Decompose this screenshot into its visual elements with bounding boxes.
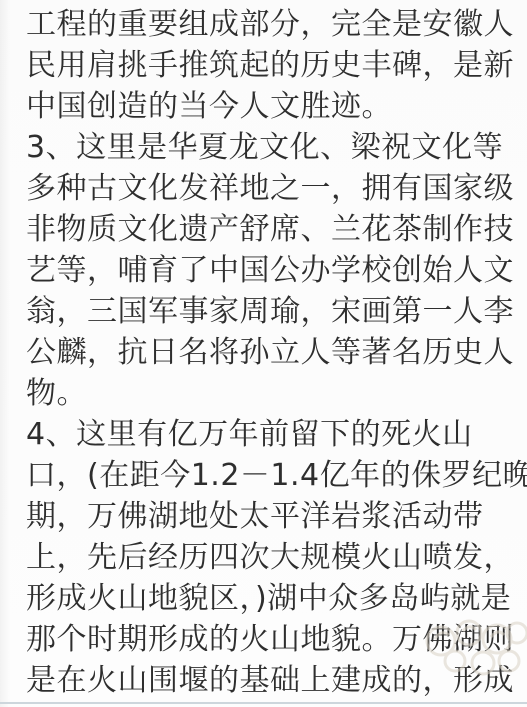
document-page: 工程的重要组成部分，完全是安徽人 民用肩挑手推筑起的历史丰碑，是新 中国创造的当… (0, 0, 527, 707)
text-line: 是在火山围堰的基础上建成的，形成 (26, 660, 513, 701)
text-line: 工程的重要组成部分，完全是安徽人 (26, 4, 513, 45)
text-line: 民用肩挑手推筑起的历史丰碑，是新 (26, 45, 513, 86)
text-line: 期，万佛湖地处太平洋岩浆活动带 (26, 496, 513, 537)
text-line: 艺等，哺育了中国公办学校创始人文 (26, 250, 513, 291)
text-line: 物。 (26, 373, 513, 414)
text-line: 非物质文化遗产舒席、兰花茶制作技 (26, 209, 513, 250)
text-line: 公麟，抗日名将孙立人等著名历史人 (26, 332, 513, 373)
text-line: 翁，三国军事家周瑜，宋画第一人李 (26, 291, 513, 332)
text-line: 3、这里是华夏龙文化、梁祝文化等 (26, 127, 513, 168)
text-line: 4、这里有亿万年前留下的死火山 (26, 414, 513, 455)
text-line: 形成火山地貌区，)湖中众多岛屿就是 (26, 578, 513, 619)
text-line: 中国创造的当今人文胜迹。 (26, 86, 513, 127)
text-block: 工程的重要组成部分，完全是安徽人 民用肩挑手推筑起的历史丰碑，是新 中国创造的当… (26, 4, 513, 701)
text-line: 上，先后经历四次大规模火山喷发， (26, 537, 513, 578)
text-line: 口，(在距今1.2－1.4亿年的侏罗纪晚 (26, 455, 513, 496)
text-line: 多种古文化发祥地之一，拥有国家级 (26, 168, 513, 209)
bottom-divider (0, 702, 527, 704)
text-line: 那个时期形成的火山地貌。万佛湖则 (26, 619, 513, 660)
